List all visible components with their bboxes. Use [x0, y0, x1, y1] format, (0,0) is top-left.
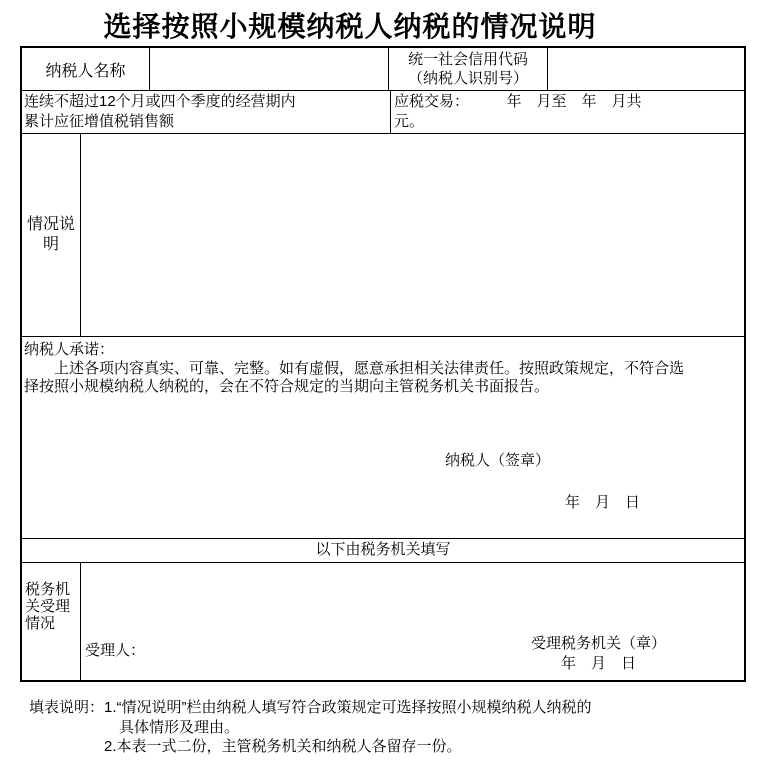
situation-label: 情况说明 [22, 134, 81, 336]
row-authority-header: 以下由税务机关填写 [22, 539, 744, 563]
taxpayer-signature-date-label: 年 月 日 [565, 491, 640, 512]
taxpayer-signature-label: 纳税人（签章） [445, 449, 550, 470]
instructions-line-2: 具体情形及理由。 [29, 718, 592, 738]
instructions-line-3: 2.本表一式二份，主管税务机关和纳税人各留存一份。 [29, 737, 592, 757]
acceptance-cell: 受理人： 受理税务机关（章） 年 月 日 [81, 563, 744, 680]
row-acceptance: 税务机关受理情况 受理人： 受理税务机关（章） 年 月 日 [22, 563, 744, 680]
authority-seal-block: 受理税务机关（章） 年 月 日 [531, 634, 666, 674]
row-sales-period: 连续不超过12个月或四个季度的经营期内 累计应征增值税销售额 应税交易： 年 月… [22, 91, 744, 134]
form-table: 纳税人名称 统一社会信用代码 （纳税人识别号） 连续不超过12个月或四个季度的经… [20, 46, 746, 682]
form-document: 选择按照小规模纳税人纳税的情况说明 纳税人名称 统一社会信用代码 （纳税人识别号… [0, 0, 760, 762]
sales-period-label: 连续不超过12个月或四个季度的经营期内 累计应征增值税销售额 [22, 91, 391, 133]
taxpayer-name-label: 纳税人名称 [22, 48, 150, 90]
credit-code-label: 统一社会信用代码 （纳税人识别号） [389, 48, 548, 90]
taxpayer-name-field[interactable] [150, 48, 389, 90]
row-taxpayer-name: 纳税人名称 统一社会信用代码 （纳税人识别号） [22, 48, 744, 91]
page-title: 选择按照小规模纳税人纳税的情况说明 [0, 5, 700, 45]
instructions-label: 填表说明： [29, 699, 104, 716]
commitment-text: 纳税人承诺： 上述各项内容真实、可靠、完整。如有虚假，愿意承担相关法律责任。按照… [22, 337, 694, 397]
filling-instructions: 填表说明：1.“情况说明”栏由纳税人填写符合政策规定可选择按照小规模纳税人纳税的… [29, 698, 592, 757]
authority-date-label: 年 月 日 [531, 654, 666, 674]
taxable-transaction-field[interactable]: 应税交易： 年 月至 年 月共 元。 [391, 91, 744, 133]
acceptance-label: 税务机关受理情况 [22, 563, 81, 680]
credit-code-field[interactable] [548, 48, 744, 90]
instruction-item-1: 1.“情况说明”栏由纳税人填写符合政策规定可选择按照小规模纳税人纳税的 [104, 699, 592, 716]
instructions-line-1: 填表说明：1.“情况说明”栏由纳税人填写符合政策规定可选择按照小规模纳税人纳税的 [29, 698, 592, 718]
row-commitment: 纳税人承诺： 上述各项内容真实、可靠、完整。如有虚假，愿意承担相关法律责任。按照… [22, 337, 744, 539]
authority-seal-label: 受理税务机关（章） [531, 634, 666, 654]
authority-section-header: 以下由税务机关填写 [22, 539, 744, 562]
situation-field[interactable] [81, 134, 744, 336]
row-situation: 情况说明 [22, 134, 744, 337]
acceptor-label: 受理人： [85, 639, 145, 660]
commitment-cell: 纳税人承诺： 上述各项内容真实、可靠、完整。如有虚假，愿意承担相关法律责任。按照… [22, 337, 744, 538]
